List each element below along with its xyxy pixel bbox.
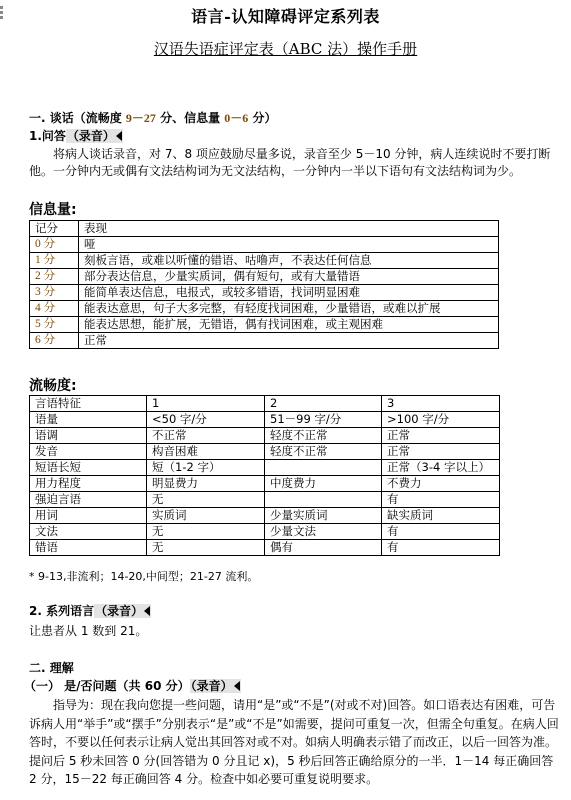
table-header-row: 言语特征 1 2 3 [30, 396, 500, 412]
table-row: 6 分正常 [30, 333, 499, 349]
table-row: 错语无偶有有 [30, 540, 500, 556]
speaker-icon [144, 606, 150, 616]
info-table-label: 信息量: [29, 199, 559, 219]
table-row: 强迫言语无有 [30, 492, 500, 508]
info-table: 记分 表现 0 分哑 1 分刻板言语，或难以听懂的错语、咕噜声，不表达任何信息 … [29, 220, 499, 349]
fluency-table-label: 流畅度: [29, 375, 559, 395]
item-1-instructions: 将病人谈话录音，对 7、8 项应鼓励尽量多说，录音至少 5－10 分钟，病人连续… [29, 146, 559, 180]
sub-section-1-heading: （一） 是/否问题（共 60 分）（录音） [24, 678, 554, 694]
table-row: 3 分能简单表达信息，电报式，或较多错语，找词明显困难 [30, 285, 499, 301]
item-1-heading: 1.问答（录音） [29, 128, 559, 144]
sub-section-1-instructions: 指导为：现在我向您提一些问题，请用“是”或“不是”(对或不对)回答。如口语表达有… [29, 696, 559, 789]
record-audio-button[interactable]: （录音） [66, 129, 123, 143]
section-1-heading: 一. 谈话（流畅度 9－27 分、信息量 0－6 分） [29, 110, 559, 126]
table-row: 发音构音困难轻度不正常正常 [30, 444, 500, 460]
table-row: 文法无少量文法有 [30, 524, 500, 540]
fluency-note: * 9-13,非流利；14-20,中间型；21-27 流利。 [29, 568, 559, 584]
document-title: 语言-认知障碍评定系列表 [0, 4, 571, 27]
table-header-row: 记分 表现 [30, 221, 499, 237]
table-row: 语调不正常轻度不正常正常 [30, 428, 500, 444]
item-2-heading: 2. 系列语言（录音） [29, 603, 559, 619]
table-row: 1 分刻板言语，或难以听懂的错语、咕噜声，不表达任何信息 [30, 253, 499, 269]
speaker-icon [234, 681, 240, 691]
table-row: 用力程度明显费力中度费力不费力 [30, 476, 500, 492]
table-row: 用词实质词少量实质词缺实质词 [30, 508, 500, 524]
document-subtitle: 汉语失语症评定表（ABC 法）操作手册 [0, 38, 571, 59]
record-audio-button[interactable]: （录音） [94, 604, 151, 618]
item-2-instructions: 让患者从 1 数到 21。 [29, 622, 559, 639]
table-row: 2 分部分表达信息，少量实质词，偶有短句，或有大量错语 [30, 269, 499, 285]
table-row: 语量<50 字/分51－99 字/分>100 字/分 [30, 412, 500, 428]
table-row: 4 分能表达意思，句子大多完整，有轻度找词困难，少量错语，或难以扩展 [30, 301, 499, 317]
section-2-heading: 二. 理解 [29, 660, 559, 676]
table-row: 短语长短短（1-2 字）正常（3-4 字以上） [30, 460, 500, 476]
fluency-table: 言语特征 1 2 3 语量<50 字/分51－99 字/分>100 字/分 语调… [29, 395, 500, 556]
record-audio-button[interactable]: （录音） [190, 679, 241, 693]
table-row: 5 分能表达思想，能扩展，无错语，偶有找词困难，或主观困难 [30, 317, 499, 333]
speaker-icon [116, 131, 122, 141]
table-row: 0 分哑 [30, 237, 499, 253]
